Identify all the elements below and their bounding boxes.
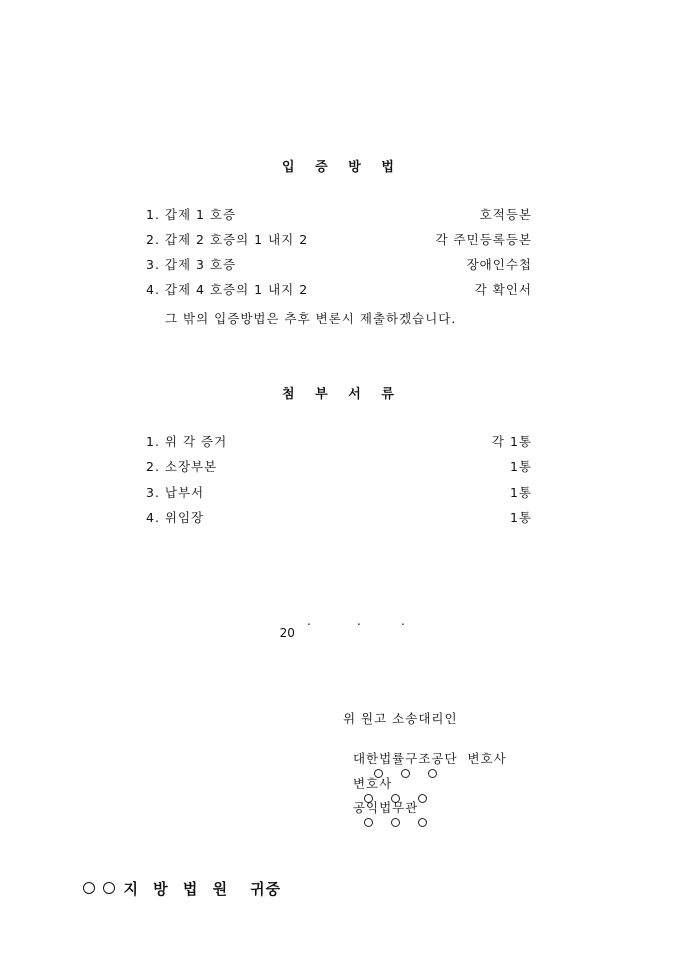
evidence-item-document: 각 확인서 (475, 282, 532, 298)
date-separator: . (401, 614, 405, 628)
court-name: 지 방 법 원 (123, 880, 232, 898)
evidence-item-label: 4. 갑제 4 호증의 1 내지 2 (146, 282, 308, 298)
heading-char: 류 (381, 383, 394, 402)
circle-icon (103, 882, 115, 894)
attachment-item: 3. 납부서 1통 (146, 485, 532, 501)
signature-line-public-attorney: 공익법무관 (343, 784, 436, 832)
evidence-item-label: 1. 갑제 1 호증 (146, 207, 236, 223)
heading-char: 증 (315, 156, 328, 175)
circle-icon (364, 818, 373, 827)
circle-icon (418, 818, 427, 827)
heading-char: 서 (348, 383, 361, 402)
date-year: 20 (280, 626, 295, 640)
attachment-item-count: 1통 (510, 510, 532, 526)
attachment-item-count: 각 1통 (492, 434, 532, 450)
attachment-item-label: 1. 위 각 증거 (146, 434, 227, 450)
date-separator: . (307, 614, 311, 628)
attachments-section-heading: 첨 부 서 류 (282, 383, 394, 402)
heading-char: 입 (282, 156, 295, 175)
evidence-item: 4. 갑제 4 호증의 1 내지 2 각 확인서 (146, 282, 532, 298)
heading-char: 부 (315, 383, 328, 402)
date-line: 20 . . . (272, 612, 412, 682)
attachment-item-label: 3. 납부서 (146, 485, 204, 501)
evidence-item: 1. 갑제 1 호증 호적등본 (146, 207, 532, 223)
circle-icon (391, 818, 400, 827)
attachment-item-label: 4. 위임장 (146, 510, 204, 526)
evidence-section-heading: 입 증 방 법 (282, 156, 394, 175)
date-separator: . (357, 614, 361, 628)
attachment-item: 4. 위임장 1통 (146, 510, 532, 526)
attachment-item-label: 2. 소장부본 (146, 459, 217, 475)
evidence-item-label: 3. 갑제 3 호증 (146, 257, 236, 273)
signature-line-agent: 위 원고 소송대리인 (343, 711, 458, 727)
evidence-item: 3. 갑제 3 호증 장애인수첩 (146, 257, 532, 273)
attachment-item-count: 1통 (510, 459, 532, 475)
attachment-item-count: 1통 (510, 485, 532, 501)
heading-char: 방 (348, 156, 361, 175)
attachment-item: 2. 소장부본 1통 (146, 459, 532, 475)
evidence-note: 그 밖의 입증방법은 추후 변론시 제출하겠습니다. (165, 309, 456, 327)
evidence-item-document: 호적등본 (480, 207, 532, 223)
evidence-item: 2. 갑제 2 호증의 1 내지 2 각 주민등록등본 (146, 232, 532, 248)
heading-char: 첨 (282, 383, 295, 402)
heading-char: 법 (381, 156, 394, 175)
signature-public-attorney-label: 공익법무관 (353, 800, 418, 815)
evidence-item-document: 각 주민등록등본 (436, 232, 533, 248)
circle-icon (83, 882, 95, 894)
court-suffix: 귀중 (250, 880, 281, 898)
court-addressee: 지 방 법 원귀중 (63, 860, 281, 899)
attachment-item: 1. 위 각 증거 각 1통 (146, 434, 532, 450)
evidence-item-document: 장애인수첩 (467, 257, 532, 273)
evidence-item-label: 2. 갑제 2 호증의 1 내지 2 (146, 232, 308, 248)
name-placeholder (355, 816, 436, 831)
